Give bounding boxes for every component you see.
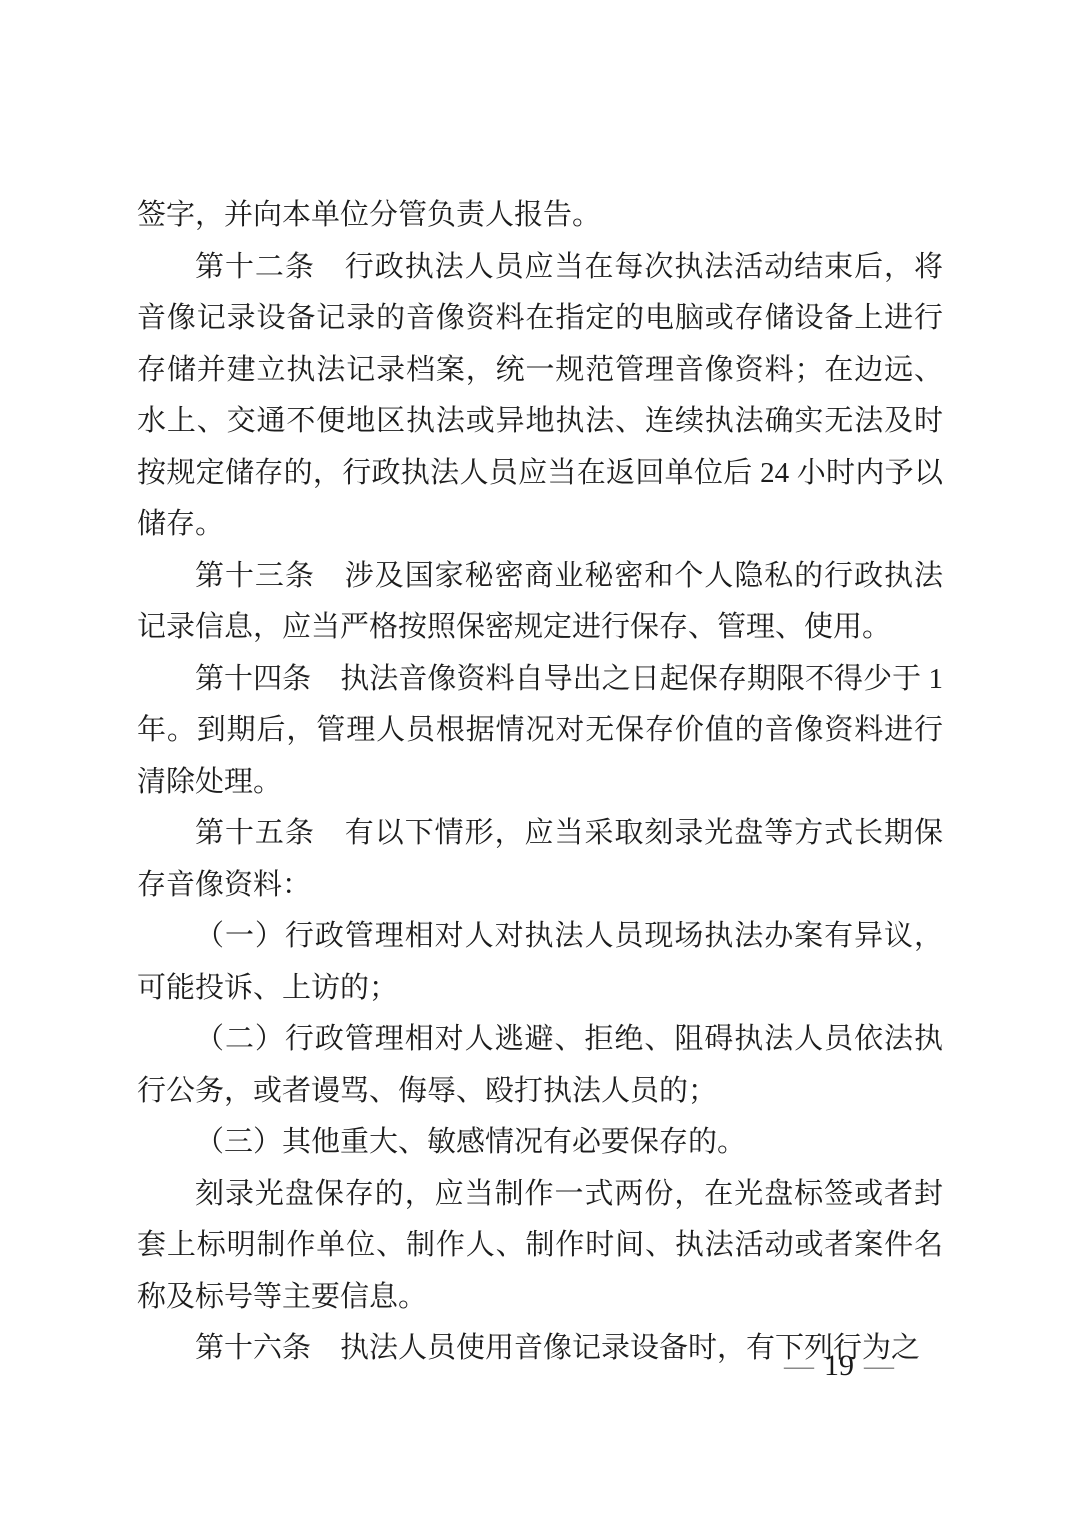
document-body: 签字，并向本单位分管负责人报告。 第十二条 行政执法人员应当在每次执法活动结束后… — [137, 190, 943, 1375]
paragraph-continuation: 签字，并向本单位分管负责人报告。 — [137, 190, 943, 242]
paragraph-article-15: 第十五条 有以下情形，应当采取刻录光盘等方式长期保存音像资料： — [137, 808, 943, 911]
paragraph-item-3: （三）其他重大、敏感情况有必要保存的。 — [137, 1117, 943, 1169]
footer-dash-left: — — [774, 1349, 824, 1382]
document-page: 签字，并向本单位分管负责人报告。 第十二条 行政执法人员应当在每次执法活动结束后… — [0, 0, 1074, 1520]
page-number: 19 — [824, 1349, 854, 1382]
paragraph-item-2: （二）行政管理相对人逃避、拒绝、阻碍执法人员依法执行公务，或者谩骂、侮辱、殴打执… — [137, 1014, 943, 1117]
footer-dash-right: — — [854, 1349, 904, 1382]
paragraph-disc-archive: 刻录光盘保存的，应当制作一式两份，在光盘标签或者封套上标明制作单位、制作人、制作… — [137, 1169, 943, 1324]
paragraph-article-14: 第十四条 执法音像资料自导出之日起保存期限不得少于 1 年。到期后，管理人员根据… — [137, 654, 943, 809]
paragraph-item-1: （一）行政管理相对人对执法人员现场执法办案有异议，可能投诉、上访的； — [137, 911, 943, 1014]
page-footer: —19— — [774, 1346, 904, 1386]
paragraph-article-12: 第十二条 行政执法人员应当在每次执法活动结束后，将音像记录设备记录的音像资料在指… — [137, 242, 943, 551]
paragraph-article-13: 第十三条 涉及国家秘密商业秘密和个人隐私的行政执法记录信息，应当严格按照保密规定… — [137, 551, 943, 654]
